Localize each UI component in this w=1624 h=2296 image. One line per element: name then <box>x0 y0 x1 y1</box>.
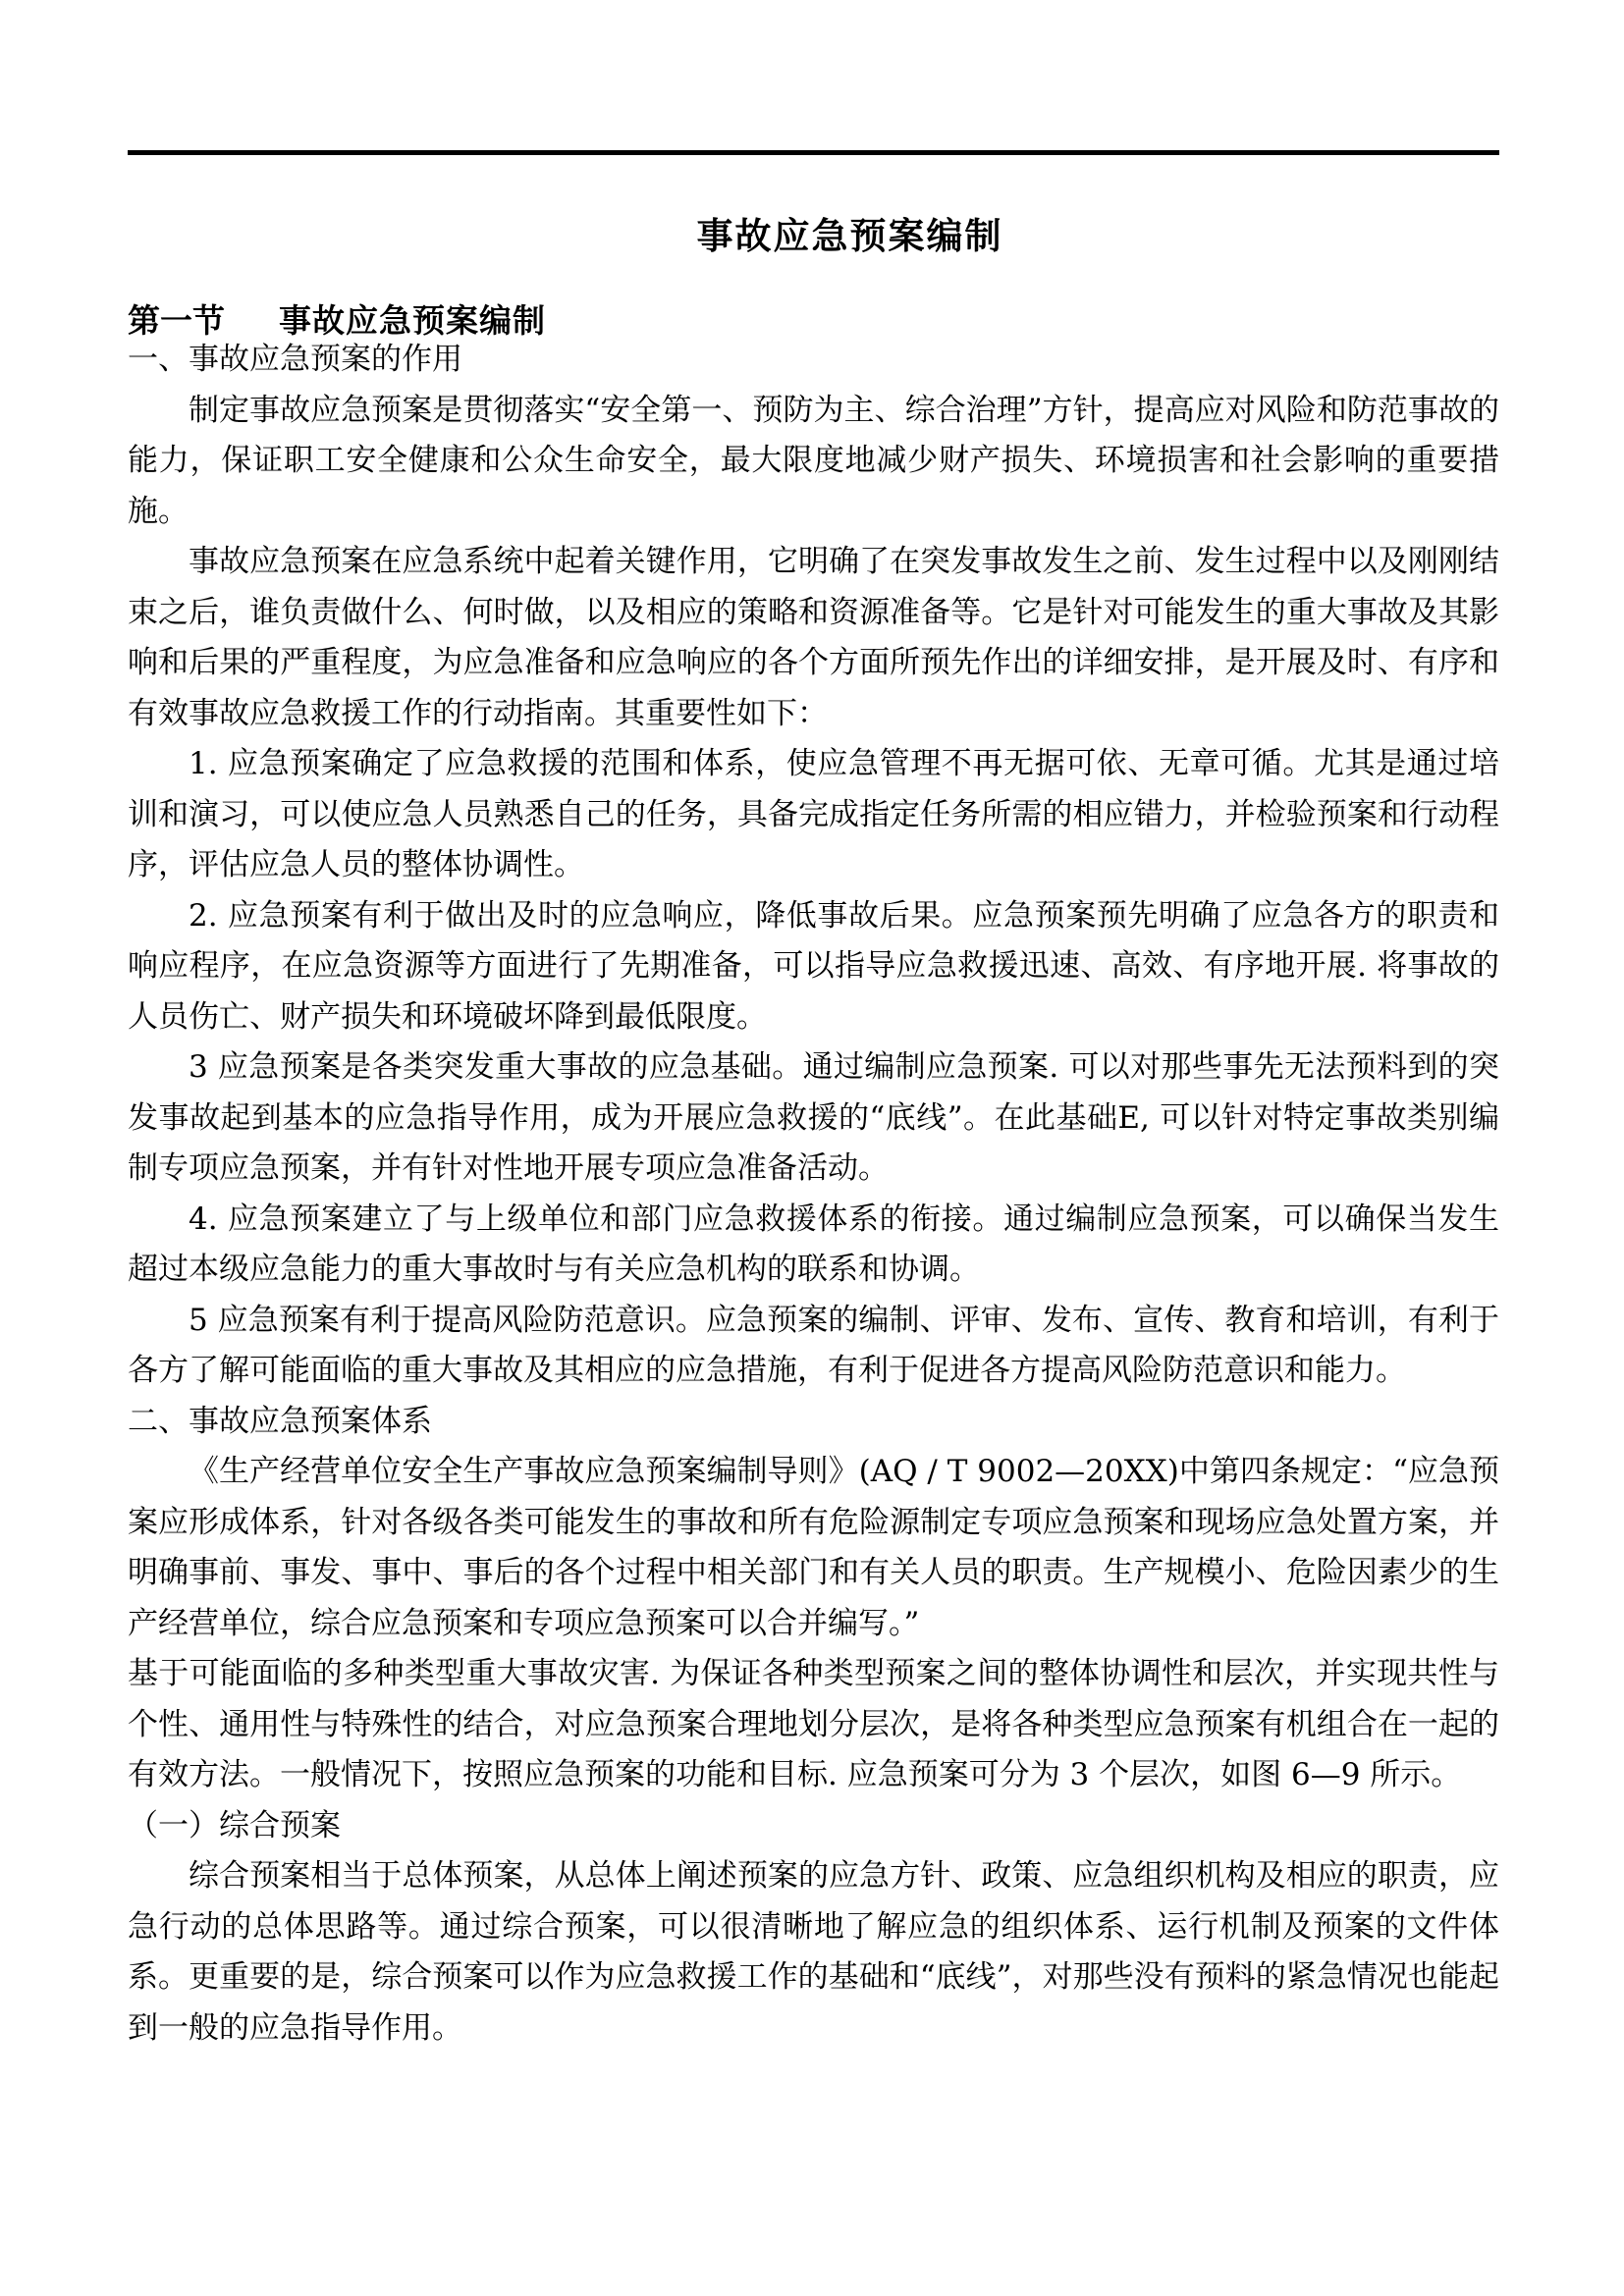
paragraph: 《生产经营单位安全生产事故应急预案编制导则》(AQ / T 9002—20XX)… <box>128 1447 1499 1649</box>
paragraph: 制定事故应急预案是贯彻落实“安全第一、预防为主、综合治理”方针，提高应对风险和防… <box>128 386 1499 538</box>
paragraph: 1. 应急预案确定了应急救援的范围和体系，使应急管理不再无据可依、无章可循。尤其… <box>128 739 1499 891</box>
paragraph: 二、事故应急预案体系 <box>128 1397 1499 1448</box>
paragraph: 3 应急预案是各类突发重大事故的应急基础。通过编制应急预案. 可以对那些事先无法… <box>128 1042 1499 1195</box>
document-page: 事故应急预案编制 第一节事故应急预案编制 一、事故应急预案的作用制定事故应急预案… <box>0 0 1624 2296</box>
header-divider-line <box>128 150 1499 155</box>
paragraph: 综合预案相当于总体预案，从总体上阐述预案的应急方针、政策、应急组织机构及相应的职… <box>128 1851 1499 2054</box>
paragraph: 事故应急预案在应急系统中起着关键作用，它明确了在突发事故发生之前、发生过程中以及… <box>128 537 1499 739</box>
paragraph: 4. 应急预案建立了与上级单位和部门应急救援体系的衔接。通过编制应急预案，可以确… <box>128 1195 1499 1296</box>
paragraph: 2. 应急预案有利于做出及时的应急响应，降低事故后果。应急预案预先明确了应急各方… <box>128 891 1499 1043</box>
paragraph: 一、事故应急预案的作用 <box>128 335 1499 386</box>
document-body: 一、事故应急预案的作用制定事故应急预案是贯彻落实“安全第一、预防为主、综合治理”… <box>128 335 1499 2054</box>
paragraph: 基于可能面临的多种类型重大事故灾害. 为保证各种类型预案之间的整体协调性和层次，… <box>128 1649 1499 1801</box>
paragraph: 5 应急预案有利于提高风险防范意识。应急预案的编制、评审、发布、宣传、教育和培训… <box>128 1296 1499 1397</box>
document-title: 事故应急预案编制 <box>128 206 1499 259</box>
paragraph: （一）综合预案 <box>128 1801 1499 1852</box>
